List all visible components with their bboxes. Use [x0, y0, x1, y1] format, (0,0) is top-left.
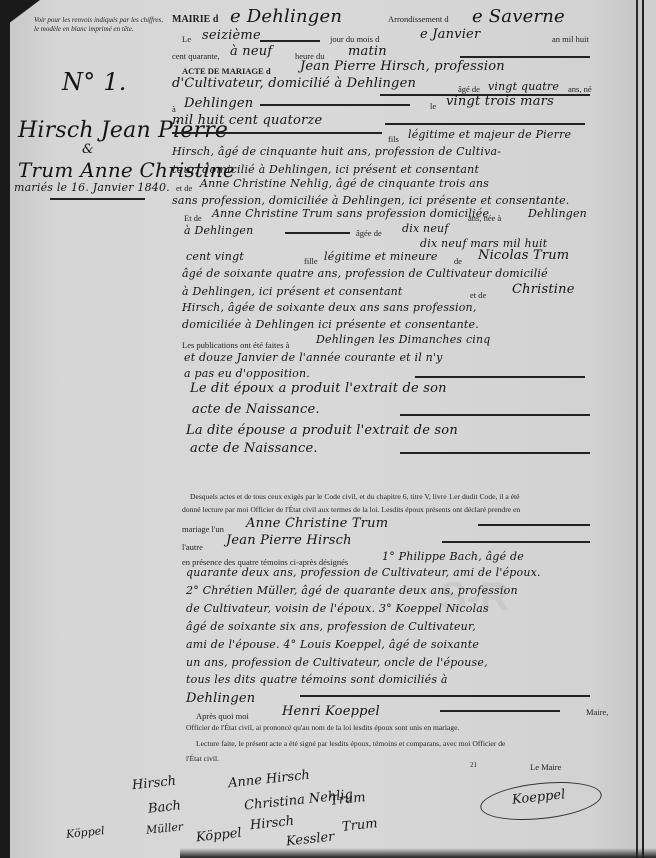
- bride-line-a: âgé de soixante quatre ans, profession d…: [182, 267, 548, 280]
- publications-label: Les publications ont été faites à: [182, 340, 289, 350]
- maire-label: Maire,: [586, 707, 608, 717]
- formal-para2: Officier de l'État civil, ai prononcé qu…: [186, 723, 459, 732]
- page-shadow: [180, 848, 656, 858]
- fill-line: [442, 541, 590, 543]
- bride-et-de-label: Et de: [184, 213, 202, 223]
- cent-label: cent quarante,: [172, 51, 220, 61]
- born-at-value: Dehlingen: [184, 96, 253, 111]
- fill-line: [172, 132, 382, 134]
- marginal-and: &: [82, 142, 94, 157]
- bride-line2: à Dehlingen: [184, 224, 253, 237]
- fille-value: légitime et mineure: [324, 250, 438, 263]
- autre-label: l'autre: [182, 542, 203, 552]
- month-value: e Janvier: [420, 27, 480, 42]
- witness-line2: quarante deux ans, profession de Cultiva…: [186, 566, 541, 579]
- publications-line3: a pas eu d'opposition.: [184, 367, 310, 380]
- bride-father: Nicolas Trum: [478, 248, 569, 263]
- formal-para3: Lecture faite, le présent acte a été sig…: [196, 739, 505, 748]
- fill-line: [400, 414, 590, 416]
- fill-line: [400, 452, 590, 454]
- groom-father-line2: teur, domicilié à Dehlingen, ici présent…: [172, 163, 479, 176]
- ref-21: 21: [470, 761, 477, 769]
- mayor-name: Henri Koeppel: [282, 704, 380, 719]
- born-on-label: le: [430, 101, 436, 111]
- acte-label: ACTE DE MARIAGE d: [182, 66, 271, 76]
- groom-birth-extract: Le dit époux a produit l'extrait de son: [190, 381, 447, 396]
- apres-label: Après quoi moi: [196, 711, 249, 721]
- mariage-label: mariage l'un: [182, 524, 224, 534]
- day-label: Le: [182, 34, 191, 44]
- groom-father-line: Hirsch, âgé de cinquante huit ans, profe…: [172, 145, 501, 158]
- year-value: à neuf: [230, 44, 272, 59]
- bride-name: Anne Christine Trum sans profession domi…: [212, 207, 489, 220]
- acte-value: Jean Pierre Hirsch, profession: [300, 59, 505, 74]
- fill-line: [300, 695, 590, 697]
- groom-mother-line2: sans profession, domiciliée à Dehlingen,…: [172, 194, 570, 207]
- bride-age-value: dix neuf: [402, 222, 449, 235]
- acte-line2: d'Cultivateur, domicilié à Dehlingen: [172, 76, 416, 91]
- margin-note: Voir pour les renvois indiqués par les c…: [34, 16, 164, 34]
- bride-line-b: à Dehlingen, ici présent et consentant: [182, 285, 403, 298]
- born-year-value: mil huit cent quatorze: [172, 113, 322, 128]
- spouse2: Jean Pierre Hirsch: [226, 533, 352, 548]
- fils-value: légitime et majeur de Pierre: [408, 128, 571, 141]
- le-maire-label: Le Maire: [530, 762, 561, 772]
- age-suffix: ans, né: [568, 84, 592, 94]
- page-edge-rule: [636, 0, 638, 858]
- bride-birth-extract: La dite épouse a produit l'extrait de so…: [186, 423, 458, 438]
- bride-et-de-label2: et de: [470, 290, 486, 300]
- bride-mother: Christine: [512, 282, 575, 297]
- age-value: vingt quatre: [488, 80, 559, 93]
- bride-de-label: de: [454, 256, 462, 266]
- year-label: an mil huit: [552, 34, 589, 44]
- bride-line-c: Hirsch, âgée de soixante deux ans sans p…: [182, 301, 477, 314]
- fill-line: [285, 232, 350, 234]
- adjacent-page-edge: [642, 0, 656, 858]
- bride-born-year: cent vingt: [186, 250, 244, 263]
- age-label: âgé de: [458, 84, 480, 94]
- fill-line: [260, 40, 320, 42]
- time-value: matin: [348, 44, 387, 59]
- witness-line3: 2° Chrétien Müller, âgé de quarante deux…: [186, 584, 518, 597]
- fill-line: [440, 710, 560, 712]
- mairie-value: e Dehlingen: [230, 6, 342, 27]
- bride-ans-label: ans, née à: [468, 213, 501, 223]
- formal-para1b: donné lecture par moi Officier de l'État…: [182, 505, 520, 514]
- witness-line5: âgé de soixante six ans, profession de C…: [186, 620, 476, 633]
- marginal-flourish: [50, 198, 145, 200]
- witness-line7: un ans, profession de Cultivateur, oncle…: [186, 656, 488, 669]
- formal-para3b: l'État civil.: [186, 754, 219, 763]
- fill-line: [260, 104, 410, 106]
- month-label: jour du mois d: [330, 34, 379, 44]
- arrondissement-value: e Saverne: [472, 6, 565, 27]
- bride-birth-extract-line2: acte de Naissance.: [190, 441, 318, 456]
- bride-born-at: Dehlingen: [528, 207, 587, 220]
- day-value: seizième: [202, 28, 261, 43]
- et-de-label: et de: [176, 183, 192, 193]
- groom-mother: Anne Christine Nehlig, âgé de cinquante …: [200, 177, 489, 190]
- bride-age-label: âgée de: [356, 228, 382, 238]
- fill-line: [460, 56, 590, 58]
- witness-line8: tous les dits quatre témoins sont domici…: [186, 673, 448, 686]
- marginal-date: mariés le 16. Janvier 1840.: [14, 181, 170, 194]
- bride-line-d: domiciliée à Dehlingen ici présente et c…: [182, 318, 479, 331]
- publications-value: Dehlingen les Dimanches cinq: [316, 333, 491, 346]
- formal-para1: Desquels actes et de tous ceux exigés pa…: [190, 492, 520, 501]
- born-on-value: vingt trois mars: [446, 94, 554, 109]
- fils-label: fils: [388, 134, 399, 144]
- witness-line1: 1° Philippe Bach, âgé de: [382, 550, 524, 563]
- fill-line: [415, 376, 585, 378]
- spouse1: Anne Christine Trum: [246, 516, 388, 531]
- fill-line: [478, 524, 590, 526]
- fille-label: fille: [304, 256, 318, 266]
- fill-line: [385, 123, 585, 125]
- witness-line4: de Cultivateur, voisin de l'époux. 3° Ko…: [186, 602, 489, 615]
- record-number: N° 1.: [62, 68, 127, 96]
- arrondissement-label: Arrondissement d: [388, 14, 449, 24]
- groom-birth-extract-line2: acte de Naissance.: [192, 402, 320, 417]
- publications-line2: et douze Janvier de l'année courante et …: [184, 351, 443, 364]
- mairie-label: MAIRIE d: [172, 14, 218, 25]
- witness-line9: Dehlingen: [186, 691, 255, 706]
- witness-line6: ami de l'épouse. 4° Louis Koeppel, âgé d…: [186, 638, 479, 651]
